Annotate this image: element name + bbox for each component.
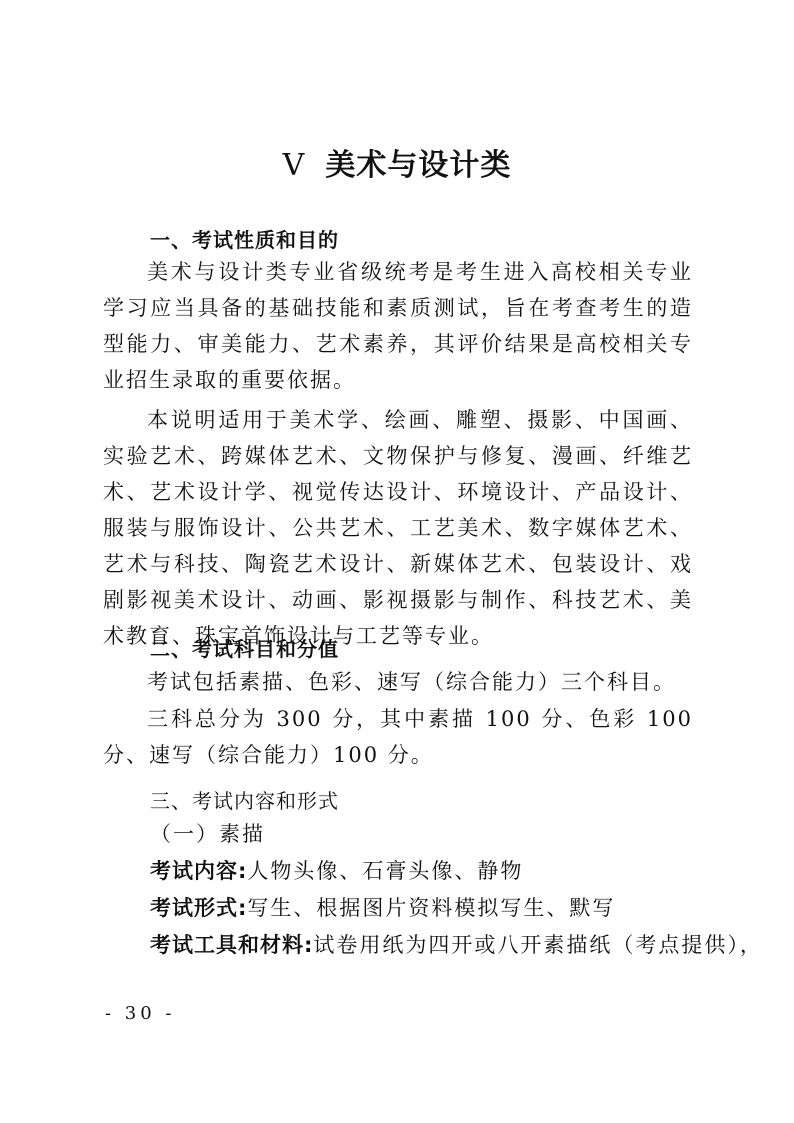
subheading-sketch: （一）素描 xyxy=(150,818,265,848)
item-exam-content: 考试内容:人物头像、石膏头像、静物 xyxy=(150,855,523,885)
item-text: 写生、根据图片资料模拟写生、默写 xyxy=(247,896,615,920)
section-heading-1: 一、考试性质和目的 xyxy=(150,224,339,253)
paragraph-scores: 三科总分为 300 分，其中素描 100 分、色彩 100 分、速写（综合能力）… xyxy=(103,701,693,773)
document-page: Ⅴ美术与设计类 一、考试性质和目的 美术与设计类专业省级统考是考生进入高校相关专… xyxy=(0,0,794,1123)
item-label: 考试工具和材料: xyxy=(150,933,313,957)
item-exam-tools: 考试工具和材料:试卷用纸为四开或八开素描纸（考点提供）， xyxy=(150,929,763,959)
item-label: 考试内容: xyxy=(150,859,247,883)
item-label: 考试形式: xyxy=(150,896,247,920)
paragraph-scope: 本说明适用于美术学、绘画、雕塑、摄影、中国画、实验艺术、跨媒体艺术、文物保护与修… xyxy=(103,402,693,654)
page-title: Ⅴ美术与设计类 xyxy=(0,140,794,184)
paragraph-subjects: 考试包括素描、色彩、速写（综合能力）三个科目。 xyxy=(103,664,693,700)
section-heading-3: 三、考试内容和形式 xyxy=(150,785,339,814)
paragraph-purpose: 美术与设计类专业省级统考是考生进入高校相关专业学习应当具备的基础技能和素质测试，… xyxy=(103,254,693,398)
item-exam-format: 考试形式:写生、根据图片资料模拟写生、默写 xyxy=(150,892,615,922)
section-heading-2: 二、考试科目和分值 xyxy=(150,633,339,662)
item-text: 人物头像、石膏头像、静物 xyxy=(247,859,523,883)
item-text: 试卷用纸为四开或八开素描纸（考点提供）， xyxy=(313,933,763,957)
title-text: 美术与设计类 xyxy=(325,148,511,183)
page-number: - 30 - xyxy=(105,1003,176,1024)
title-roman-numeral: Ⅴ xyxy=(283,148,306,183)
